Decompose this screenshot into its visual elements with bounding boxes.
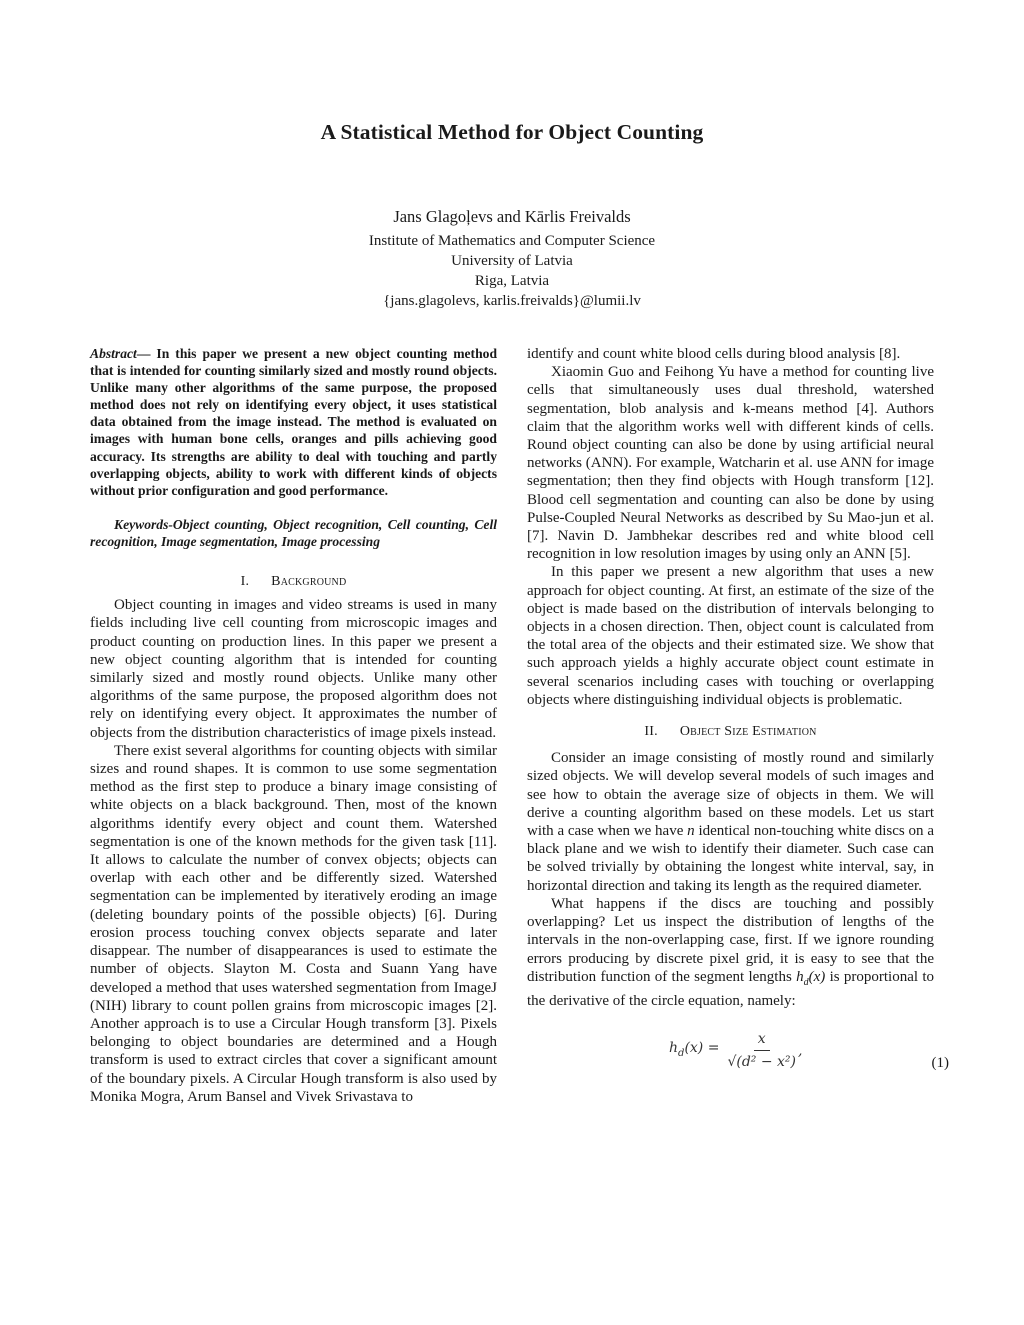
author-affiliation: Institute of Mathematics and Computer Sc… <box>0 231 1024 311</box>
equation-lhs: hd(x) = <box>669 1039 719 1063</box>
abstract-label: Abstract <box>90 346 137 361</box>
equation-denominator: √(d² − x²) <box>727 1051 796 1071</box>
paragraph: Xiaomin Guo and Feihong Yu have a method… <box>527 363 934 563</box>
abstract-dash: — <box>137 346 151 361</box>
affiliation-university: University of Latvia <box>0 251 1024 271</box>
paragraph: Consider an image consisting of mostly r… <box>527 749 934 895</box>
abstract: Abstract— In this paper we present a new… <box>90 345 497 499</box>
paragraph: What happens if the discs are touching a… <box>527 895 934 1010</box>
paragraph: Object counting in images and video stre… <box>90 596 497 742</box>
paragraph: identify and count white blood cells dur… <box>527 345 934 363</box>
variable-n: n <box>687 823 695 839</box>
author-emails: {jans.glagolevs, karlis.freivalds}@lumii… <box>0 291 1024 311</box>
paragraph: There exist several algorithms for count… <box>90 742 497 1106</box>
equation-comma: , <box>798 1042 802 1060</box>
right-column: identify and count white blood cells dur… <box>527 345 934 1086</box>
equation-number: (1) <box>932 1054 950 1072</box>
affiliation-location: Riga, Latvia <box>0 271 1024 291</box>
left-column: Abstract— In this paper we present a new… <box>90 345 497 1106</box>
section-heading-object-size-estimation: II.Object Size Estimation <box>527 723 934 741</box>
section-number: I. <box>241 574 250 589</box>
equation-fraction: x √(d² − x²) <box>727 1030 796 1071</box>
paragraph: In this paper we present a new algorithm… <box>527 563 934 709</box>
section-title: Object Size Estimation <box>680 724 817 739</box>
section-title: Background <box>271 574 346 589</box>
abstract-text: In this paper we present a new object co… <box>90 346 497 498</box>
function-hd-x: hd(x) <box>796 969 825 985</box>
equation-numerator: x <box>754 1030 770 1051</box>
section-heading-background: I.Background <box>90 573 497 591</box>
keywords: Keywords-Object counting, Object recogni… <box>90 516 497 551</box>
paper-title: A Statistical Method for Object Counting <box>0 120 1024 145</box>
equation-1: hd(x) = x √(d² − x²) , (1) <box>527 1030 934 1086</box>
equation-formula: hd(x) = x √(d² − x²) , <box>669 1030 802 1071</box>
section-number: II. <box>644 724 657 739</box>
affiliation-institute: Institute of Mathematics and Computer Sc… <box>0 231 1024 251</box>
paper-authors: Jans Glagoļevs and Kārlis Freivalds <box>0 207 1024 227</box>
